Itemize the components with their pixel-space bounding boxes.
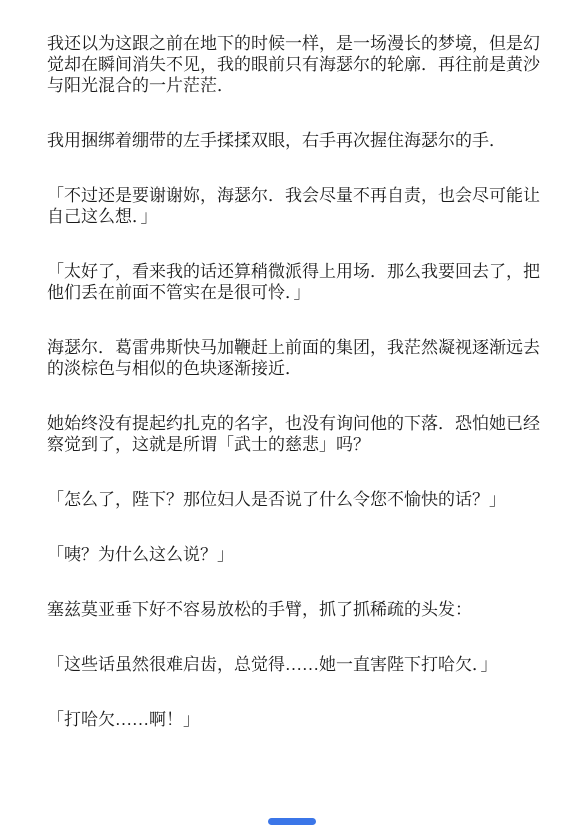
paragraph: 「怎么了，陛下？那位妇人是否说了什么令您不愉快的话？」 [47, 489, 541, 510]
paragraph: 「不过还是要谢谢妳，海瑟尔．我会尽量不再自责，也会尽可能让自己这么想．」 [47, 185, 541, 227]
paragraph: 「咦？为什么这么说？」 [47, 544, 541, 565]
page-content: 我还以为这跟之前在地下的时候一样，是一场漫长的梦境，但是幻觉却在瞬间消失不见，我… [47, 33, 541, 764]
paragraph: 「这些话虽然很难启齿，总觉得……她一直害陛下打哈欠．」 [47, 654, 541, 675]
reader-page: 我还以为这跟之前在地下的时候一样，是一场漫长的梦境，但是幻觉却在瞬间消失不见，我… [0, 0, 583, 828]
paragraph: 我还以为这跟之前在地下的时候一样，是一场漫长的梦境，但是幻觉却在瞬间消失不见，我… [47, 33, 541, 96]
paragraph: 「太好了，看来我的话还算稍微派得上用场．那么我要回去了，把他们丢在前面不管实在是… [47, 261, 541, 303]
paragraph: 她始终没有提起约扎克的名字，也没有询问他的下落．恐怕她已经察觉到了，这就是所谓「… [47, 413, 541, 455]
paragraph: 海瑟尔．葛雷弗斯快马加鞭赶上前面的集团，我茫然凝视逐渐远去的淡棕色与相似的色块逐… [47, 337, 541, 379]
paragraph: 塞兹莫亚垂下好不容易放松的手臂，抓了抓稀疏的头发： [47, 599, 541, 620]
paragraph: 「打哈欠……啊！」 [47, 709, 541, 730]
page-progress-indicator[interactable] [268, 818, 316, 825]
paragraph: 我用捆绑着绷带的左手揉揉双眼，右手再次握住海瑟尔的手． [47, 130, 541, 151]
